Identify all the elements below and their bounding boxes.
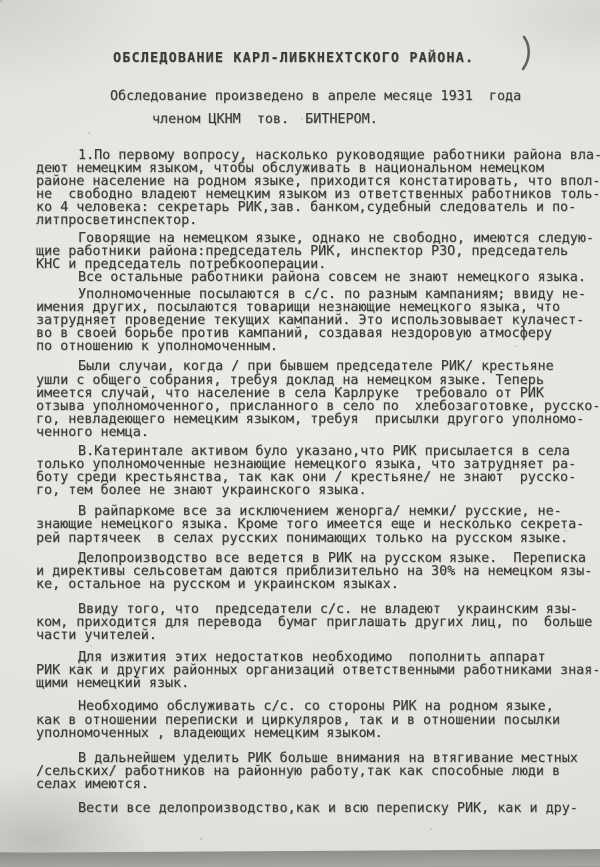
- paragraph: Говорящие на немецком языке, однако не с…: [36, 232, 600, 271]
- paragraph: Делопроизводство все ведется в РИК на ру…: [36, 552, 600, 591]
- paragraph: В райпаркоме все за исключением женорга/…: [36, 505, 600, 544]
- text-line: отзыва уполномоченного, присланного в се…: [36, 400, 600, 413]
- text-line: го, невладеющего немецким языком, требуя…: [36, 413, 600, 426]
- text-line: ке, остальное на русском и украинском яз…: [36, 578, 600, 591]
- paragraph: Ввиду того, что председатели с/с. не вла…: [36, 603, 600, 642]
- paragraph: Все остальные работники района совсем не…: [36, 271, 600, 284]
- text-line: щими немецкий язык.: [36, 677, 600, 690]
- text-line: и директивы сельсоветам даются приблизит…: [36, 565, 600, 578]
- text-line: Вести все делопроизводство,как и всю пер…: [36, 802, 600, 815]
- text-line: уполномоченных , владеющих немецким язык…: [36, 727, 600, 740]
- text-line: щие работники района:председатель РИК, и…: [36, 245, 600, 258]
- text-line: части учителей.: [36, 629, 600, 642]
- text-line: имеется случай, что население в села Кар…: [36, 387, 600, 400]
- text-line: Говорящие на немецком языке, однако не с…: [36, 232, 600, 245]
- paragraph: Были случаи, когда / при бывшем председа…: [36, 360, 600, 439]
- text-line: по отношению к уполномоченным.: [36, 340, 600, 353]
- document-title: ОБСЛЕДОВАНИЕ КАРЛ-ЛИБКНЕХТСКОГО РАЙОНА.: [113, 52, 600, 66]
- text-line: селах имеются.: [36, 778, 600, 791]
- text-line: Необходимо обслуживать с/с. со стороны Р…: [36, 700, 600, 713]
- text-line: /сельских/ работников на районную работу…: [36, 765, 600, 778]
- document-subtitle-line2: членом ЦКНМ тов. БИТНЕРОМ.: [152, 113, 600, 126]
- text-line: литпросветинспектор.: [36, 214, 600, 227]
- text-line: Были случаи, когда / при бывшем председа…: [36, 360, 600, 373]
- text-line: Делопроизводство все ведется в РИК на ру…: [36, 552, 600, 565]
- document: ОБСЛЕДОВАНИЕ КАРЛ-ЛИБКНЕХТСКОГО РАЙОНА. …: [0, 0, 600, 850]
- text-line: Все остальные работники района совсем не…: [36, 271, 600, 284]
- paragraph: В дальнейшем уделить РИК больше внимания…: [36, 752, 600, 791]
- text-line: го, тем более не знают украинского языка…: [36, 484, 600, 497]
- text-line: знающие немецкого языка. Кроме того имее…: [36, 518, 600, 531]
- scan-bottom-edge: [0, 849, 600, 867]
- text-line: рей партячеек в селах русских понимающих…: [36, 532, 600, 545]
- text-line: как в отношении переписки и циркуляров, …: [36, 714, 600, 727]
- document-subtitle-line1: Обследование произведено в апреле месяце…: [110, 90, 600, 103]
- text-line: В дальнейшем уделить РИК больше внимания…: [36, 752, 600, 765]
- paragraph: Необходимо обслуживать с/с. со стороны Р…: [36, 700, 600, 739]
- paragraph: Уполномоченные посылаются в с/с. по разн…: [36, 288, 600, 353]
- paragraph: Вести все делопроизводство,как и всю пер…: [36, 802, 600, 815]
- text-line: ченного немца.: [36, 426, 600, 439]
- document-body: 1.По первому вопросу, насколько руководя…: [0, 149, 600, 815]
- paragraph: Для изжития этих недостатков необходимо …: [36, 651, 600, 690]
- text-line: КНС и председатель потребкооперации.: [36, 258, 600, 271]
- text-line: ушли с общего собрания, требуя доклад на…: [36, 374, 600, 387]
- paragraph: 1.По первому вопросу, насколько руководя…: [36, 149, 600, 228]
- paragraph: В.Катеринтале активом було указано,что Р…: [36, 445, 600, 497]
